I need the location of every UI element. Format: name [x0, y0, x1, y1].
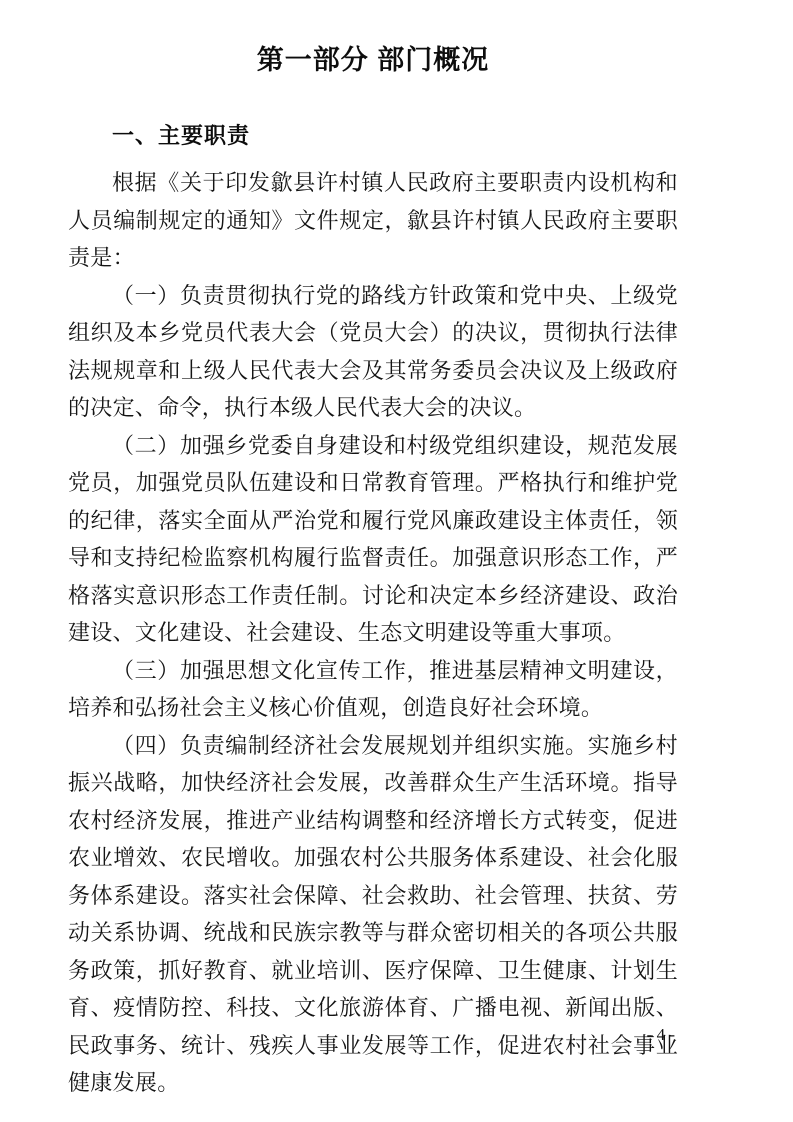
document-body: 根据《关于印发歙县许村镇人民政府主要职责内设机构和人员编制规定的通知》文件规定，… [68, 164, 678, 1102]
paragraph-duty-4: （四）负责编制经济社会发展规划并组织实施。实施乡村振兴战略，加快经济社会发展，改… [68, 727, 678, 1102]
paragraph-duty-1: （一）负责贯彻执行党的路线方针政策和党中央、上级党组织及本乡党员代表大会（党员大… [68, 277, 678, 427]
paragraph-duty-2: （二）加强乡党委自身建设和村级党组织建设，规范发展党员，加强党员队伍建设和日常教… [68, 427, 678, 652]
section-heading-main-duties: 一、主要职责 [112, 122, 678, 150]
document-title: 第一部分 部门概况 [68, 44, 678, 76]
page-number: - 4 - [647, 1024, 675, 1046]
paragraph-intro: 根据《关于印发歙县许村镇人民政府主要职责内设机构和人员编制规定的通知》文件规定，… [68, 164, 678, 277]
document-page: 第一部分 部门概况 一、主要职责 根据《关于印发歙县许村镇人民政府主要职责内设机… [0, 0, 793, 1122]
paragraph-duty-3: （三）加强思想文化宣传工作，推进基层精神文明建设，培养和弘扬社会主义核心价值观，… [68, 652, 678, 727]
